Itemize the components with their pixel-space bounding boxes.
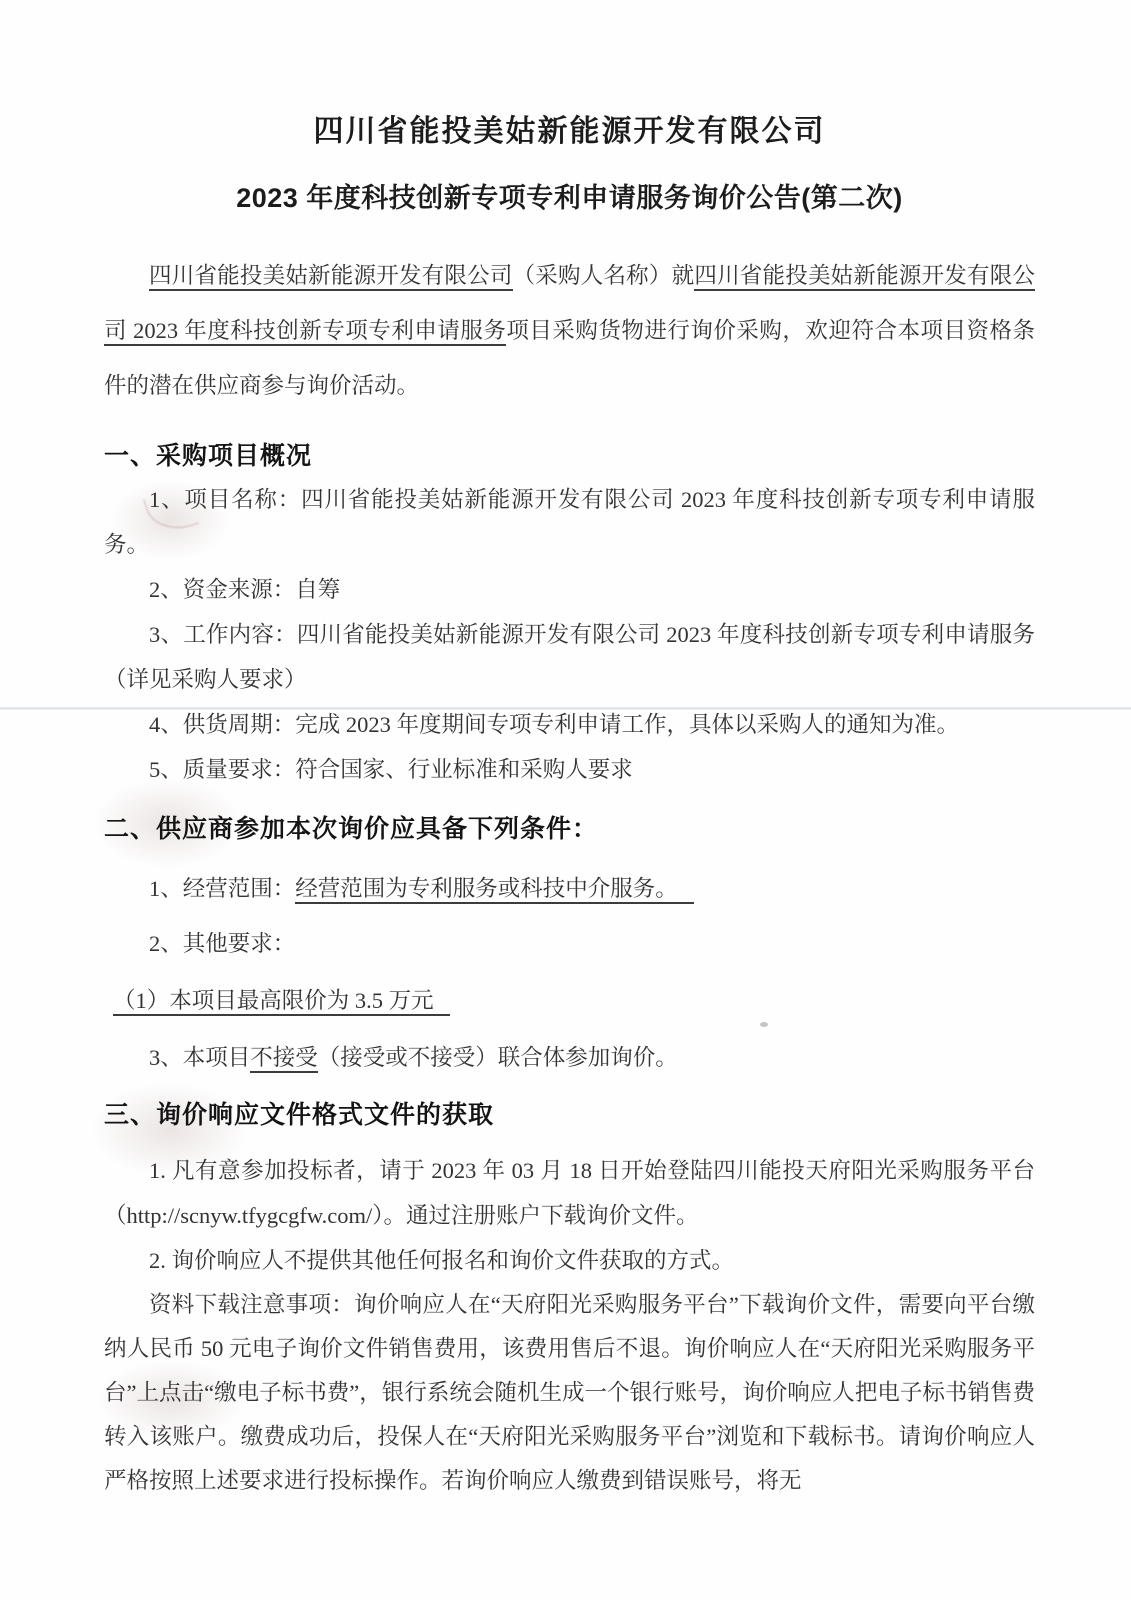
- scanned-page: 四川省能投美姑新能源开发有限公司 2023 年度科技创新专项专利申请服务询价公告…: [0, 0, 1131, 1600]
- document-subtitle: 2023 年度科技创新专项专利申请服务询价公告(第二次): [104, 178, 1035, 218]
- section-2-item-consortium: 3、本项目不接受（接受或不接受）联合体参加询价。: [104, 1035, 1035, 1080]
- consortium-underlined: 不接受: [250, 1045, 318, 1073]
- intro-middle-text: （采购人名称）就: [513, 263, 695, 288]
- section-1-item-quality-requirement: 5、质量要求：符合国家、行业标准和采购人要求: [104, 747, 1035, 792]
- section-2-subitem-price-limit: （1）本项目最高限价为 3.5 万元: [104, 978, 1035, 1023]
- business-scope-underlined: 经营范围为专利服务或科技中介服务。: [295, 876, 694, 904]
- section-3-item-no-other-method: 2. 询价响应人不提供其他任何报名和询价文件获取的方式。: [104, 1238, 1035, 1283]
- business-scope-label: 1、经营范围：: [149, 876, 295, 901]
- consortium-suffix: （接受或不接受）联合体参加询价。: [318, 1045, 678, 1070]
- section-1-item-delivery-period: 4、供货周期：完成 2023 年度期间专项专利申请工作，具体以采购人的通知为准。: [104, 702, 1035, 747]
- price-limit-underlined: （1）本项目最高限价为 3.5 万元: [113, 988, 450, 1016]
- document-content: 四川省能投美姑新能源开发有限公司 2023 年度科技创新专项专利申请服务询价公告…: [104, 0, 1035, 1503]
- section-3-download-note: 资料下载注意事项：询价响应人在“天府阳光采购服务平台”下载询价文件，需要向平台缴…: [104, 1283, 1035, 1503]
- section-2-item-other-requirements: 2、其他要求：: [104, 921, 1035, 966]
- section-3-heading: 三、询价响应文件格式文件的获取: [104, 1094, 1035, 1136]
- section-1-item-work-content: 3、工作内容：四川省能投美姑新能源开发有限公司 2023 年度科技创新专项专利申…: [104, 612, 1035, 702]
- section-1-item-funding-source: 2、资金来源：自筹: [104, 567, 1035, 612]
- section-2-heading: 二、供应商参加本次询价应具备下列条件：: [104, 808, 1035, 850]
- section-3-item-registration: 1. 凡有意参加投标者，请于 2023 年 03 月 18 日开始登陆四川能投天…: [104, 1148, 1035, 1238]
- intro-underline-purchaser: 四川省能投美姑新能源开发有限公司: [149, 263, 513, 291]
- intro-paragraph: 四川省能投美姑新能源开发有限公司（采购人名称）就四川省能投美姑新能源开发有限公司…: [104, 248, 1035, 413]
- section-2-item-business-scope: 1、经营范围：经营范围为专利服务或科技中介服务。: [104, 866, 1035, 911]
- consortium-prefix: 3、本项目: [149, 1045, 250, 1070]
- section-1-heading: 一、采购项目概况: [104, 435, 1035, 477]
- document-title: 四川省能投美姑新能源开发有限公司: [104, 112, 1035, 152]
- section-1-item-project-name: 1、项目名称：四川省能投美姑新能源开发有限公司 2023 年度科技创新专项专利申…: [104, 477, 1035, 567]
